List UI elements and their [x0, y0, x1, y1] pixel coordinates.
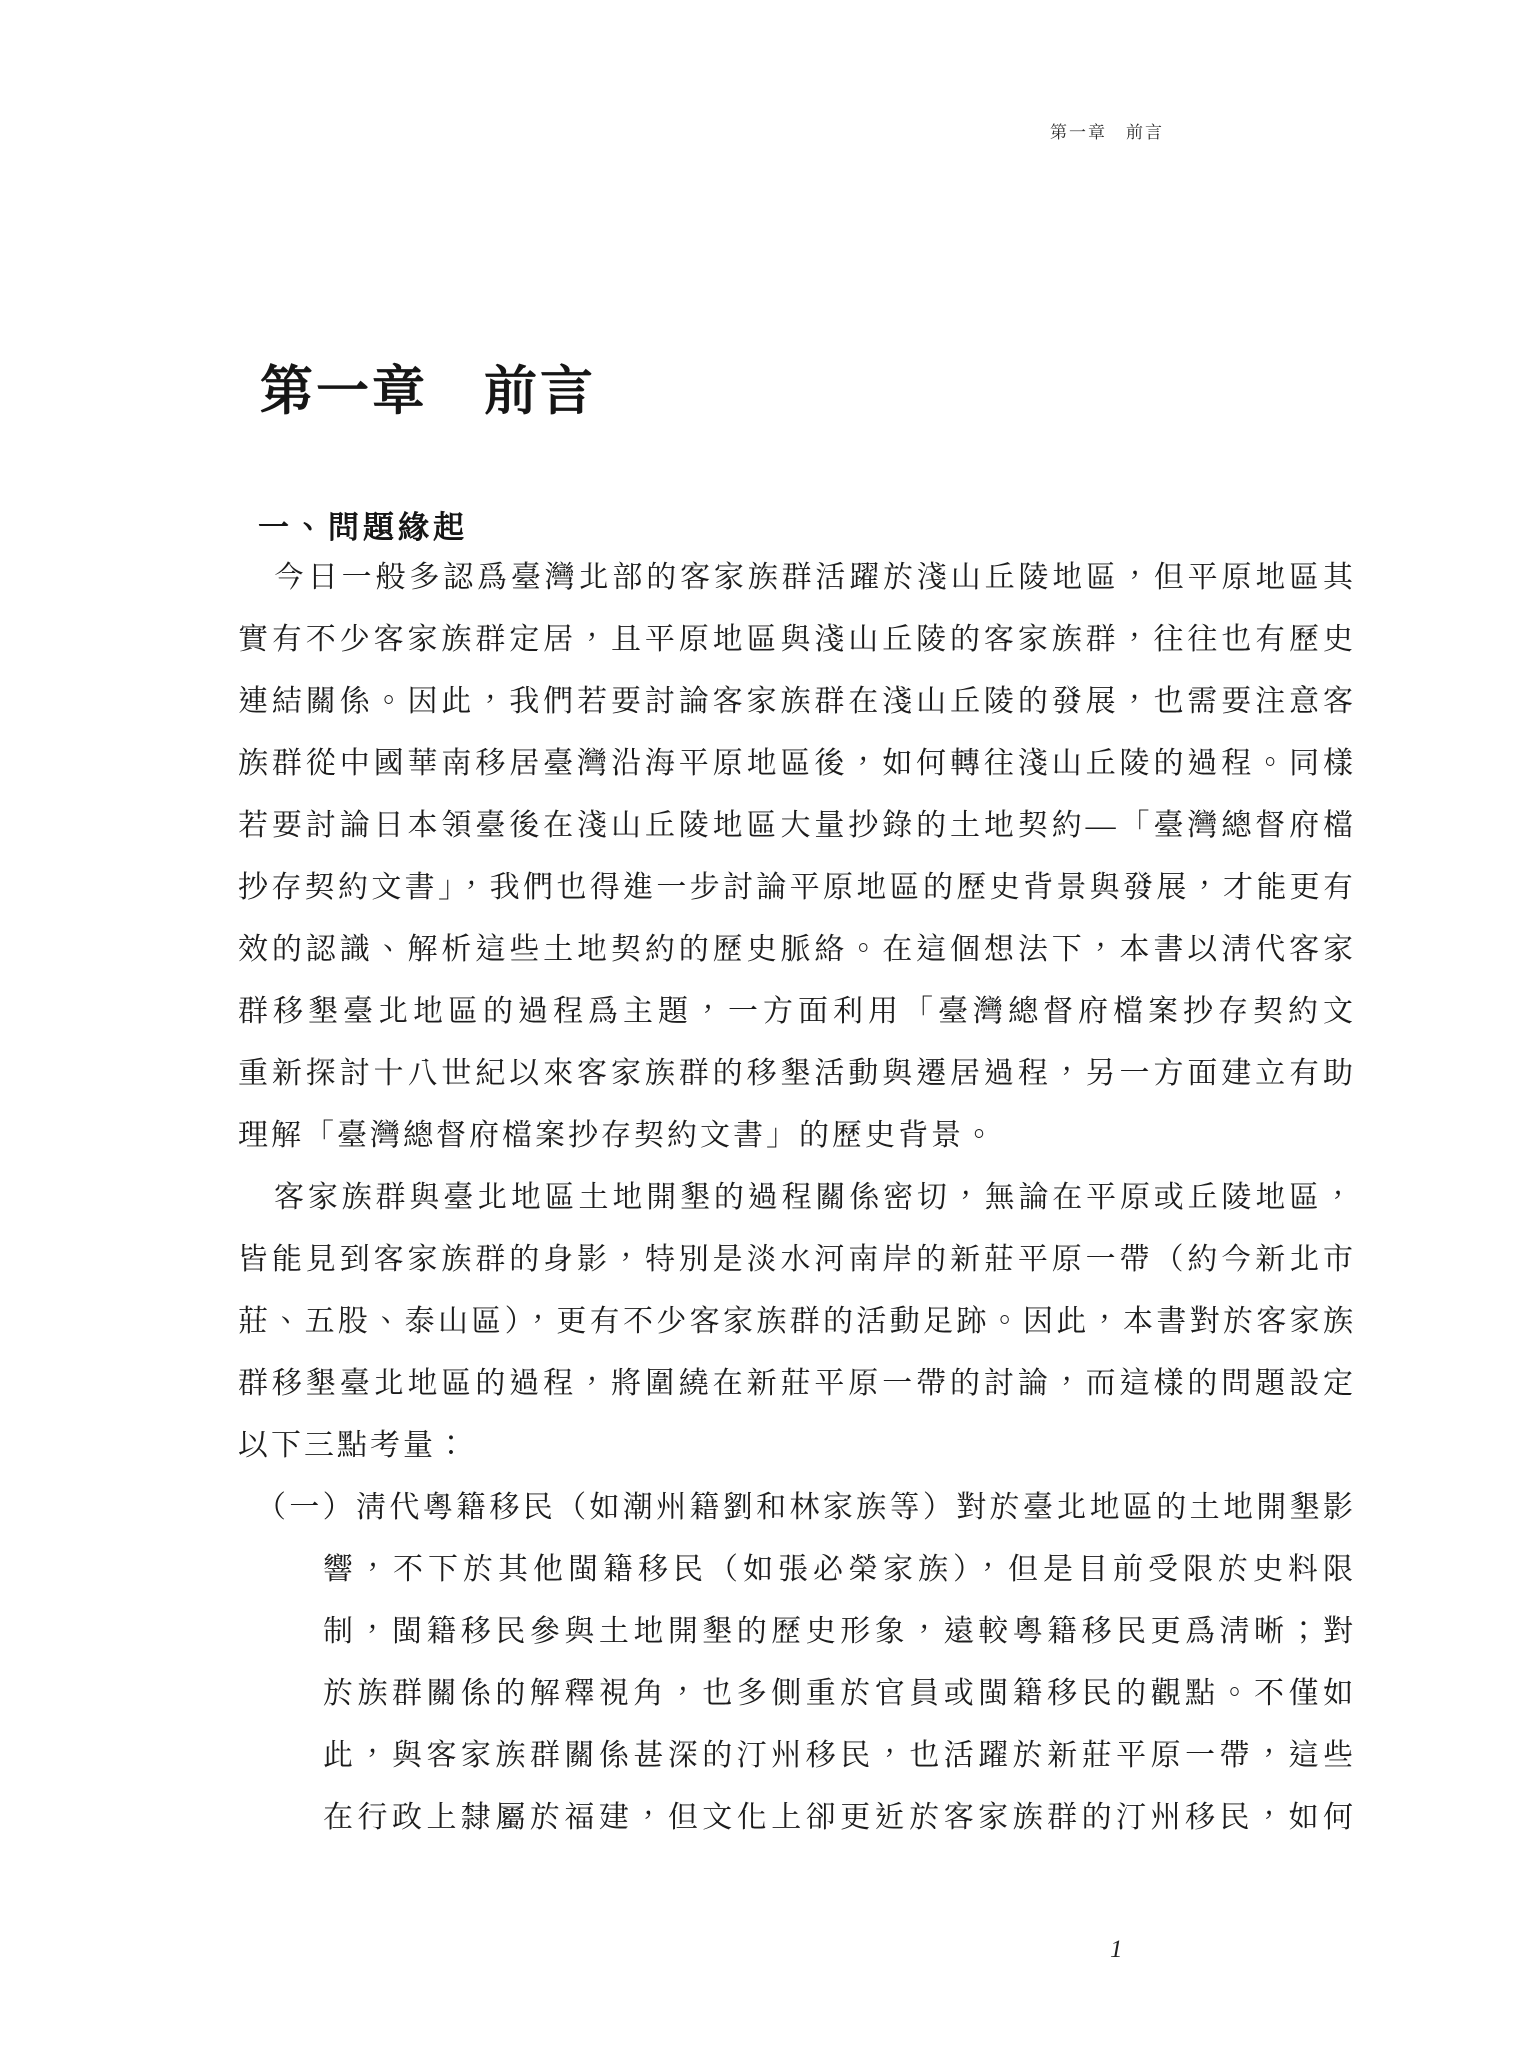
page-number: 1 [1110, 1936, 1123, 1964]
text-line: 群移墾臺北地區的過程，將圍繞在新莊平原一帶的討論，而這樣的問題設定有 [238, 1353, 1356, 1415]
text-line: 以下三點考量： [238, 1415, 1356, 1477]
text-line: 在行政上隸屬於福建，但文化上卻更近於客家族群的汀州移民，如何 [238, 1787, 1356, 1849]
paragraph: 今日一般多認爲臺灣北部的客家族群活躍於淺山丘陵地區，但平原地區其實有不少客家族群… [238, 547, 1356, 1167]
text-line: 此，與客家族群關係甚深的汀州移民，也活躍於新莊平原一帶，這些 [238, 1725, 1356, 1787]
text-line: 重新探討十八世紀以來客家族群的移墾活動與遷居過程，另一方面建立有助於 [238, 1043, 1356, 1105]
text-line: （一）淸代粵籍移民（如潮州籍劉和林家族等）對於臺北地區的土地開墾影 [238, 1477, 1356, 1539]
text-line: 群移墾臺北地區的過程爲主題，一方面利用「臺灣總督府檔案抄存契約文書」， [238, 981, 1356, 1043]
running-head: 第一章 前言 [1050, 118, 1164, 143]
text-line: 客家族群與臺北地區土地開墾的過程關係密切，無論在平原或丘陵地區， [238, 1167, 1356, 1229]
section-heading: 一、問題緣起 [258, 508, 468, 548]
text-line: 今日一般多認爲臺灣北部的客家族群活躍於淺山丘陵地區，但平原地區其 [238, 547, 1356, 609]
text-line: 抄存契約文書」，我們也得進一步討論平原地區的歷史背景與發展，才能更有 [238, 857, 1356, 919]
book-page: 第一章 前言 第一章 前言 一、問題緣起 今日一般多認爲臺灣北部的客家族群活躍於… [0, 0, 1535, 2047]
text-line: 莊、五股、泰山區），更有不少客家族群的活動足跡。因此，本書對於客家族 [238, 1291, 1356, 1353]
text-line: 制，閩籍移民參與土地開墾的歷史形象，遠較粵籍移民更爲淸晰；對 [238, 1601, 1356, 1663]
text-line: 實有不少客家族群定居，且平原地區與淺山丘陵的客家族群，往往也有歷史的 [238, 609, 1356, 671]
text-line: 族群從中國華南移居臺灣沿海平原地區後，如何轉往淺山丘陵的過程。同樣的， [238, 733, 1356, 795]
list-item: （一）淸代粵籍移民（如潮州籍劉和林家族等）對於臺北地區的土地開墾影響，不下於其他… [238, 1477, 1356, 1849]
chapter-title: 第一章 前言 [260, 359, 596, 425]
paragraph: 客家族群與臺北地區土地開墾的過程關係密切，無論在平原或丘陵地區，皆能見到客家族群… [238, 1167, 1356, 1477]
text-line: 於族群關係的解釋視角，也多側重於官員或閩籍移民的觀點。不僅如 [238, 1663, 1356, 1725]
text-line: 理解「臺灣總督府檔案抄存契約文書」的歷史背景。 [238, 1105, 1356, 1167]
text-line: 效的認識、解析這些土地契約的歷史脈絡。在這個想法下，本書以淸代客家族 [238, 919, 1356, 981]
text-line: 連結關係。因此，我們若要討論客家族群在淺山丘陵的發展，也需要注意客家 [238, 671, 1356, 733]
text-line: 響，不下於其他閩籍移民（如張必榮家族），但是目前受限於史料限 [238, 1539, 1356, 1601]
text-line: 皆能見到客家族群的身影，特別是淡水河南岸的新莊平原一帶（約今新北市新 [238, 1229, 1356, 1291]
text-line: 若要討論日本領臺後在淺山丘陵地區大量抄錄的土地契約—「臺灣總督府檔案 [238, 795, 1356, 857]
text-block: 今日一般多認爲臺灣北部的客家族群活躍於淺山丘陵地區，但平原地區其實有不少客家族群… [238, 547, 1356, 1849]
